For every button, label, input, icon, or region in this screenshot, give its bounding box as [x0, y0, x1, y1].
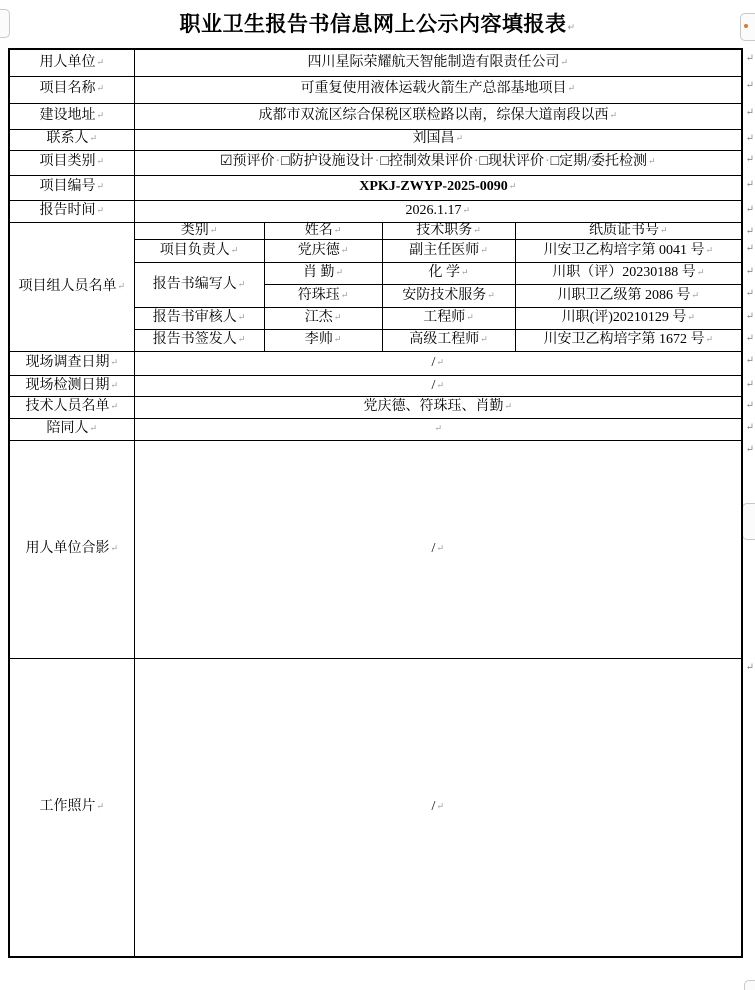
group-photo-value: /↵↵ — [134, 440, 742, 658]
cell-end-mark-icon: ↵ — [561, 57, 569, 67]
tech-staff-label: 技术人员名单↵ — [9, 396, 134, 418]
row-end-mark-icon: ↵ — [746, 333, 754, 345]
member-title: 副主任医师↵ — [382, 239, 515, 262]
row-end-mark-icon: ↵ — [746, 243, 754, 255]
member-role: 报告书签发人↵ — [134, 329, 264, 351]
team-header-cert: 纸质证书号↵↵ — [515, 222, 742, 239]
member-title: 安防技术服务↵ — [382, 284, 515, 307]
cell-end-mark-icon: ↵ — [110, 357, 118, 367]
cell-end-mark-icon: ↵ — [89, 423, 97, 433]
team-header-title: 技术职务↵ — [382, 222, 515, 239]
project-no-label: 项目编号↵ — [9, 175, 134, 200]
cell-end-mark-icon: ↵ — [96, 205, 104, 215]
space-mark-icon: · — [375, 154, 380, 169]
checkbox-option-pre-evaluation: ☑预评价 — [220, 154, 275, 169]
team-label: 项目组人员名单↵ — [9, 222, 134, 351]
row-address: 建设地址↵ 成都市双流区综合保税区联检路以南，综保大道南段以西↵↵ — [9, 103, 742, 129]
team-header-name: 姓名↵ — [264, 222, 382, 239]
work-photo-value: /↵↵ — [134, 658, 742, 957]
checkbox-option-control-effect: □控制效果评价 — [380, 154, 472, 169]
group-photo-label: 用人单位合影↵ — [9, 440, 134, 658]
row-end-mark-icon: ↵ — [746, 80, 754, 92]
cell-end-mark-icon: ↵ — [487, 290, 495, 300]
checkbox-option-status-evaluation: □现状评价 — [480, 154, 544, 169]
row-end-mark-icon: ↵ — [746, 226, 754, 238]
project-no-value: XPKJ-ZWYP-2025-0090↵↵ — [134, 175, 742, 200]
cell-end-mark-icon: ↵ — [505, 401, 513, 411]
cell-end-mark-icon: ↵ — [509, 181, 517, 191]
page-title-text: 职业卫生报告书信息网上公示内容填报表 — [179, 13, 566, 36]
space-mark-icon: · — [474, 154, 479, 169]
paragraph-mark-icon: ↵ — [567, 22, 575, 32]
space-mark-icon: · — [545, 154, 550, 169]
survey-date-label: 现场调查日期↵ — [9, 351, 134, 375]
cell-end-mark-icon: ↵ — [110, 401, 118, 411]
cell-end-mark-icon: ↵ — [335, 267, 343, 277]
member-cert: 川安卫乙构培字第 1672 号↵↵ — [515, 329, 742, 351]
row-end-mark-icon: ↵ — [746, 204, 754, 216]
cell-end-mark-icon: ↵ — [697, 267, 705, 277]
work-photo-label: 工作照片↵ — [9, 658, 134, 957]
cell-end-mark-icon: ↵ — [648, 156, 656, 166]
member-role: 报告书编写人↵ — [134, 262, 264, 307]
cell-end-mark-icon: ↵ — [117, 281, 125, 291]
cell-end-mark-icon: ↵ — [110, 543, 118, 553]
row-end-mark-icon: ↵ — [746, 379, 754, 391]
row-end-mark-icon: ↵ — [746, 288, 754, 300]
test-date-value: /↵↵ — [134, 375, 742, 396]
team-header-role: 类别↵ — [134, 222, 264, 239]
row-tech-staff: 技术人员名单↵ 党庆德、符珠珏、肖勤↵↵ — [9, 396, 742, 418]
tech-staff-value: 党庆德、符珠珏、肖勤↵↵ — [134, 396, 742, 418]
cell-end-mark-icon: ↵ — [96, 801, 104, 811]
cell-end-mark-icon: ↵ — [238, 312, 246, 322]
row-team-header: 项目组人员名单↵ 类别↵ 姓名↵ 技术职务↵ 纸质证书号↵↵ — [9, 222, 742, 239]
row-group-photo: 用人单位合影↵ /↵↵ — [9, 440, 742, 658]
cell-end-mark-icon: ↵ — [334, 312, 342, 322]
cell-end-mark-icon: ↵ — [334, 225, 342, 235]
row-project-name: 项目名称↵ 可重复使用液体运载火箭生产总部基地项目↵↵ — [9, 76, 742, 103]
cell-end-mark-icon: ↵ — [341, 245, 349, 255]
project-name-value: 可重复使用液体运载火箭生产总部基地项目↵↵ — [134, 76, 742, 103]
row-category: 项目类别↵ ☑预评价·□防护设施设计·□控制效果评价·□现状评价·□定期/委托检… — [9, 150, 742, 175]
cell-end-mark-icon: ↵ — [473, 225, 481, 235]
row-end-mark-icon: ↵ — [746, 422, 754, 434]
checkbox-option-periodic-test: □定期/委托检测 — [551, 154, 647, 169]
cell-end-mark-icon: ↵ — [89, 133, 97, 143]
row-employer: 用人单位↵ 四川星际荣耀航天智能制造有限责任公司↵↵ — [9, 49, 742, 76]
contact-value: 刘国昌↵↵ — [134, 129, 742, 150]
cell-end-mark-icon: ↵ — [436, 543, 444, 553]
accompany-label: 陪同人↵ — [9, 418, 134, 440]
page-edge-button-right-middle[interactable] — [742, 503, 755, 540]
cell-end-mark-icon: ↵ — [341, 290, 349, 300]
row-end-mark-icon: ↵ — [746, 107, 754, 119]
row-project-no: 项目编号↵ XPKJ-ZWYP-2025-0090↵↵ — [9, 175, 742, 200]
row-end-mark-icon: ↵ — [746, 266, 754, 278]
cell-end-mark-icon: ↵ — [706, 334, 714, 344]
row-end-mark-icon: ↵ — [746, 662, 754, 674]
row-end-mark-icon: ↵ — [746, 179, 754, 191]
cell-end-mark-icon: ↵ — [210, 225, 218, 235]
employer-value: 四川星际荣耀航天智能制造有限责任公司↵↵ — [134, 49, 742, 76]
row-report-date: 报告时间↵ 2026.1.17↵↵ — [9, 200, 742, 222]
employer-label: 用人单位↵ — [9, 49, 134, 76]
checkbox-option-protection-design: □防护设施设计 — [281, 154, 373, 169]
category-label: 项目类别↵ — [9, 150, 134, 175]
row-end-mark-icon: ↵ — [746, 133, 754, 145]
report-date-label: 报告时间↵ — [9, 200, 134, 222]
member-cert: 川职（评）20230188 号↵↵ — [515, 262, 742, 284]
member-cert: 川职(评)20210129 号↵↵ — [515, 307, 742, 329]
cell-end-mark-icon: ↵ — [466, 312, 474, 322]
member-name: 肖 勤↵ — [264, 262, 382, 284]
cell-end-mark-icon: ↵ — [436, 357, 444, 367]
row-end-mark-icon: ↵ — [746, 53, 754, 65]
member-name: 符珠珏↵ — [264, 284, 382, 307]
cell-end-mark-icon: ↵ — [96, 83, 104, 93]
member-cert: 川安卫乙构培字第 0041 号↵↵ — [515, 239, 742, 262]
page-edge-button-bottom-right[interactable] — [744, 980, 755, 990]
space-mark-icon: · — [276, 154, 281, 169]
cell-end-mark-icon: ↵ — [692, 290, 700, 300]
member-cert: 川职卫乙级第 2086 号↵↵ — [515, 284, 742, 307]
member-title: 化 学↵ — [382, 262, 515, 284]
row-contact: 联系人↵ 刘国昌↵↵ — [9, 129, 742, 150]
row-end-mark-icon: ↵ — [746, 355, 754, 367]
cell-end-mark-icon: ↵ — [334, 334, 342, 344]
cell-end-mark-icon: ↵ — [436, 801, 444, 811]
cell-end-mark-icon: ↵ — [687, 312, 695, 322]
cell-end-mark-icon: ↵ — [456, 133, 464, 143]
row-survey-date: 现场调查日期↵ /↵↵ — [9, 351, 742, 375]
member-title: 高级工程师↵ — [382, 329, 515, 351]
survey-date-value: /↵↵ — [134, 351, 742, 375]
cell-end-mark-icon: ↵ — [436, 380, 444, 390]
contact-label: 联系人↵ — [9, 129, 134, 150]
project-name-label: 项目名称↵ — [9, 76, 134, 103]
cell-end-mark-icon: ↵ — [231, 245, 239, 255]
address-label: 建设地址↵ — [9, 103, 134, 129]
row-test-date: 现场检测日期↵ /↵↵ — [9, 375, 742, 396]
address-value: 成都市双流区综合保税区联检路以南，综保大道南段以西↵↵ — [134, 103, 742, 129]
report-date-value: 2026.1.17↵↵ — [134, 200, 742, 222]
cell-end-mark-icon: ↵ — [461, 267, 469, 277]
cell-end-mark-icon: ↵ — [463, 205, 471, 215]
member-title: 工程师↵ — [382, 307, 515, 329]
form-table: 用人单位↵ 四川星际荣耀航天智能制造有限责任公司↵↵ 项目名称↵ 可重复使用液体… — [8, 48, 743, 958]
row-end-mark-icon: ↵ — [746, 444, 754, 456]
member-name: 党庆德↵ — [264, 239, 382, 262]
cell-end-mark-icon: ↵ — [96, 181, 104, 191]
member-name: 李帅↵ — [264, 329, 382, 351]
member-role: 报告书审核人↵ — [134, 307, 264, 329]
cell-end-mark-icon: ↵ — [238, 279, 246, 289]
cell-end-mark-icon: ↵ — [238, 334, 246, 344]
accompany-value: ↵↵ — [134, 418, 742, 440]
cell-end-mark-icon: ↵ — [96, 156, 104, 166]
test-date-label: 现场检测日期↵ — [9, 375, 134, 396]
category-value: ☑预评价·□防护设施设计·□控制效果评价·□现状评价·□定期/委托检测↵↵ — [134, 150, 742, 175]
cell-end-mark-icon: ↵ — [706, 245, 714, 255]
member-name: 江杰↵ — [264, 307, 382, 329]
page-title: 职业卫生报告书信息网上公示内容填报表↵ — [0, 8, 755, 38]
member-role: 项目负责人↵ — [134, 239, 264, 262]
cell-end-mark-icon: ↵ — [96, 110, 104, 120]
cell-end-mark-icon: ↵ — [435, 423, 443, 433]
row-end-mark-icon: ↵ — [746, 400, 754, 412]
cell-end-mark-icon: ↵ — [110, 380, 118, 390]
cell-end-mark-icon: ↵ — [660, 225, 668, 235]
cell-end-mark-icon: ↵ — [480, 245, 488, 255]
cell-end-mark-icon: ↵ — [480, 334, 488, 344]
cell-end-mark-icon: ↵ — [96, 57, 104, 67]
row-accompany: 陪同人↵ ↵↵ — [9, 418, 742, 440]
cell-end-mark-icon: ↵ — [568, 83, 576, 93]
cell-end-mark-icon: ↵ — [610, 110, 618, 120]
row-end-mark-icon: ↵ — [746, 154, 754, 166]
row-work-photo: 工作照片↵ /↵↵ — [9, 658, 742, 957]
row-end-mark-icon: ↵ — [746, 311, 754, 323]
